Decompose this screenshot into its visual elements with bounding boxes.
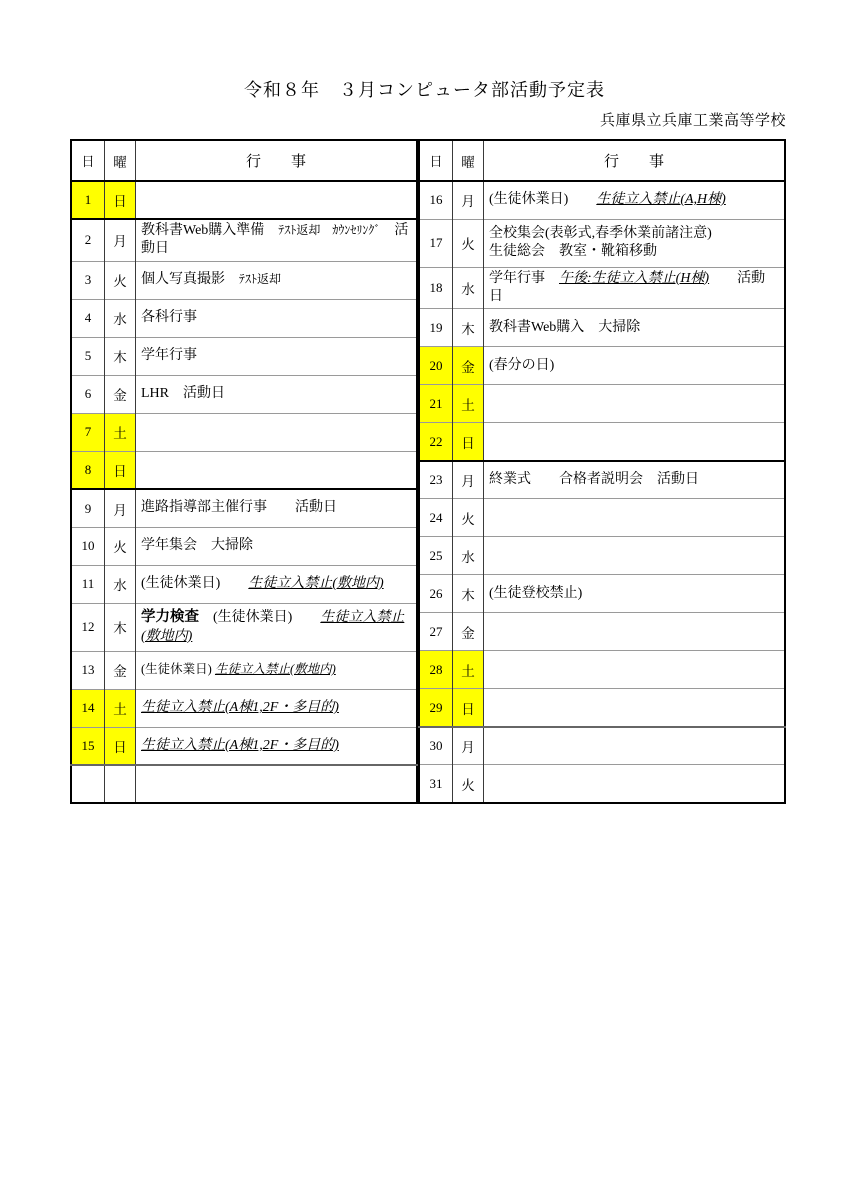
day-cell: 29 (419, 689, 453, 727)
day-cell: 25 (419, 537, 453, 575)
table-row: 23月終業式 合格者説明会 活動日 (419, 461, 785, 499)
table-row: 3火個人写真撮影 ﾃｽﾄ返却 (71, 261, 417, 299)
table-row: 11水(生徒休業日) 生徒立入禁止(敷地内) (71, 565, 417, 603)
event-text-segment: 生徒総会 教室・靴箱移動 (489, 244, 657, 259)
event-cell (484, 499, 786, 537)
event-cell: 学年行事 午後:生徒立入禁止(H棟) 活動日 (484, 267, 786, 309)
event-text-segment: (生徒登校禁止) (489, 586, 582, 601)
weekday-cell: 土 (453, 385, 484, 423)
weekday-cell: 月 (105, 219, 136, 261)
event-cell (484, 651, 786, 689)
day-cell: 31 (419, 765, 453, 803)
weekday-cell: 木 (105, 337, 136, 375)
weekday-cell: 金 (105, 375, 136, 413)
table-row: 10火学年集会 大掃除 (71, 527, 417, 565)
day-cell: 15 (71, 727, 105, 765)
day-cell: 17 (419, 219, 453, 267)
event-cell: 終業式 合格者説明会 活動日 (484, 461, 786, 499)
table-row: 7土 (71, 413, 417, 451)
table-row: 28土 (419, 651, 785, 689)
day-cell: 7 (71, 413, 105, 451)
day-cell: 26 (419, 575, 453, 613)
event-text-segment: (生徒休業日) (141, 662, 215, 676)
weekday-cell: 水 (105, 565, 136, 603)
day-cell: 9 (71, 489, 105, 527)
event-cell: 生徒立入禁止(A棟1,2F・多目的) (136, 689, 418, 727)
event-text-segment: (生徒休業日) (199, 610, 320, 625)
weekday-cell: 日 (105, 181, 136, 219)
table-row (71, 765, 417, 803)
table-row: 16月(生徒休業日) 生徒立入禁止(A,H棟) (419, 181, 785, 219)
schedule-body-first-half: 1日2月教科書Web購入準備 ﾃｽﾄ返却 ｶｳﾝｾﾘﾝｸﾞ 活動日3火個人写真撮… (71, 181, 417, 803)
day-cell: 30 (419, 727, 453, 765)
event-text-segment: 個人写真撮影 (141, 272, 239, 287)
event-cell (484, 385, 786, 423)
day-cell: 23 (419, 461, 453, 499)
weekday-cell: 土 (105, 413, 136, 451)
day-cell: 4 (71, 299, 105, 337)
day-cell: 10 (71, 527, 105, 565)
event-cell: 生徒立入禁止(A棟1,2F・多目的) (136, 727, 418, 765)
table-row: 13金(生徒休業日) 生徒立入禁止(敷地内) (71, 651, 417, 689)
day-cell: 27 (419, 613, 453, 651)
day-cell: 20 (419, 347, 453, 385)
table-row: 8日 (71, 451, 417, 489)
table-row: 26木(生徒登校禁止) (419, 575, 785, 613)
weekday-cell: 土 (453, 651, 484, 689)
event-cell: (生徒登校禁止) (484, 575, 786, 613)
table-row: 19木教科書Web購入 大掃除 (419, 309, 785, 347)
event-text-segment: 終業式 合格者説明会 活動日 (489, 472, 699, 487)
schedule-body-second-half: 16月(生徒休業日) 生徒立入禁止(A,H棟)17火全校集会(表彰式,春季休業前… (419, 181, 785, 803)
table-row: 22日 (419, 423, 785, 461)
header-row: 日 曜 行 事 (419, 140, 785, 181)
table-row: 6金LHR 活動日 (71, 375, 417, 413)
event-cell: (生徒休業日) 生徒立入禁止(敷地内) (136, 651, 418, 689)
day-cell: 12 (71, 603, 105, 651)
day-cell: 19 (419, 309, 453, 347)
event-text-segment: 生徒立入禁止(A棟1,2F・多目的) (141, 738, 339, 753)
weekday-cell: 火 (453, 499, 484, 537)
day-cell: 14 (71, 689, 105, 727)
event-text-segment: ﾃｽﾄ返却 (239, 272, 281, 286)
table-row: 25水 (419, 537, 785, 575)
event-cell: 個人写真撮影 ﾃｽﾄ返却 (136, 261, 418, 299)
header-weekday: 曜 (105, 140, 136, 181)
event-cell (484, 537, 786, 575)
event-text-segment: 各科行事 (141, 310, 197, 325)
table-row: 12木学力検査 (生徒休業日) 生徒立入禁止(敷地内) (71, 603, 417, 651)
weekday-cell: 木 (105, 603, 136, 651)
event-cell: 進路指導部主催行事 活動日 (136, 489, 418, 527)
event-text-segment: 全校集会(表彰式,春季休業前諸注意) (489, 226, 712, 241)
event-text-segment: 学年行事 (489, 271, 559, 286)
event-text-segment: LHR 活動日 (141, 386, 225, 401)
weekday-cell: 日 (105, 451, 136, 489)
event-cell: 各科行事 (136, 299, 418, 337)
weekday-cell (105, 765, 136, 803)
day-cell: 8 (71, 451, 105, 489)
weekday-cell: 月 (105, 489, 136, 527)
weekday-cell: 金 (105, 651, 136, 689)
table-row: 1日 (71, 181, 417, 219)
day-cell: 13 (71, 651, 105, 689)
event-cell: 学年集会 大掃除 (136, 527, 418, 565)
weekday-cell: 土 (105, 689, 136, 727)
event-text-segment: 進路指導部主催行事 活動日 (141, 500, 337, 515)
day-cell: 16 (419, 181, 453, 219)
weekday-cell: 日 (453, 423, 484, 461)
event-cell (136, 181, 418, 219)
event-cell (484, 765, 786, 803)
schedule-table-first-half: 日 曜 行 事 1日2月教科書Web購入準備 ﾃｽﾄ返却 ｶｳﾝｾﾘﾝｸﾞ 活動… (70, 139, 418, 804)
weekday-cell: 火 (105, 527, 136, 565)
weekday-cell: 金 (453, 613, 484, 651)
event-cell (484, 613, 786, 651)
event-text-segment: 生徒立入禁止(敷地内) (248, 576, 383, 591)
day-cell: 11 (71, 565, 105, 603)
event-cell (136, 765, 418, 803)
table-row: 24火 (419, 499, 785, 537)
day-cell: 2 (71, 219, 105, 261)
table-row: 18水学年行事 午後:生徒立入禁止(H棟) 活動日 (419, 267, 785, 309)
event-cell: 全校集会(表彰式,春季休業前諸注意)生徒総会 教室・靴箱移動 (484, 219, 786, 267)
schedule-tables: 日 曜 行 事 1日2月教科書Web購入準備 ﾃｽﾄ返却 ｶｳﾝｾﾘﾝｸﾞ 活動… (70, 139, 849, 804)
weekday-cell: 月 (453, 181, 484, 219)
event-cell: 学年行事 (136, 337, 418, 375)
event-cell: 学力検査 (生徒休業日) 生徒立入禁止(敷地内) (136, 603, 418, 651)
weekday-cell: 月 (453, 727, 484, 765)
table-row: 4水各科行事 (71, 299, 417, 337)
event-text-segment: 教科書Web購入 大掃除 (489, 320, 640, 335)
table-row: 9月進路指導部主催行事 活動日 (71, 489, 417, 527)
event-text-segment: 学年行事 (141, 348, 197, 363)
event-text-segment: 学年集会 大掃除 (141, 538, 253, 553)
event-cell: (生徒休業日) 生徒立入禁止(A,H棟) (484, 181, 786, 219)
table-row: 2月教科書Web購入準備 ﾃｽﾄ返却 ｶｳﾝｾﾘﾝｸﾞ 活動日 (71, 219, 417, 261)
event-cell (136, 451, 418, 489)
weekday-cell: 日 (105, 727, 136, 765)
event-text-segment: ﾃｽﾄ返却 ｶｳﾝｾﾘﾝｸﾞ (278, 223, 380, 237)
table-row: 17火全校集会(表彰式,春季休業前諸注意)生徒総会 教室・靴箱移動 (419, 219, 785, 267)
header-day: 日 (419, 140, 453, 181)
header-weekday: 曜 (453, 140, 484, 181)
weekday-cell: 火 (453, 219, 484, 267)
weekday-cell: 水 (105, 299, 136, 337)
event-text-segment: 生徒立入禁止(A棟1,2F・多目的) (141, 700, 339, 715)
table-row: 5木学年行事 (71, 337, 417, 375)
day-cell: 22 (419, 423, 453, 461)
day-cell (71, 765, 105, 803)
day-cell: 24 (419, 499, 453, 537)
day-cell: 18 (419, 267, 453, 309)
event-cell (136, 413, 418, 451)
day-cell: 21 (419, 385, 453, 423)
event-cell (484, 423, 786, 461)
weekday-cell: 金 (453, 347, 484, 385)
table-row: 20金(春分の日) (419, 347, 785, 385)
event-text-segment: (生徒休業日) (141, 576, 248, 591)
weekday-cell: 日 (453, 689, 484, 727)
day-cell: 28 (419, 651, 453, 689)
event-text-segment: 教科書Web購入準備 (141, 223, 278, 238)
event-cell: LHR 活動日 (136, 375, 418, 413)
header-row: 日 曜 行 事 (71, 140, 417, 181)
event-cell (484, 727, 786, 765)
event-text-segment: 生徒立入禁止(敷地内) (215, 662, 336, 676)
table-row: 27金 (419, 613, 785, 651)
day-cell: 3 (71, 261, 105, 299)
table-row: 30月 (419, 727, 785, 765)
event-cell (484, 689, 786, 727)
table-row: 14土生徒立入禁止(A棟1,2F・多目的) (71, 689, 417, 727)
page-title: 令和８年 ３月コンピュータ部活動予定表 (0, 0, 849, 102)
weekday-cell: 月 (453, 461, 484, 499)
school-name: 兵庫県立兵庫工業高等学校 (0, 109, 786, 130)
weekday-cell: 火 (105, 261, 136, 299)
weekday-cell: 水 (453, 537, 484, 575)
header-event: 行 事 (484, 140, 786, 181)
weekday-cell: 火 (453, 765, 484, 803)
day-cell: 5 (71, 337, 105, 375)
table-row: 29日 (419, 689, 785, 727)
table-row: 15日生徒立入禁止(A棟1,2F・多目的) (71, 727, 417, 765)
event-cell: (生徒休業日) 生徒立入禁止(敷地内) (136, 565, 418, 603)
day-cell: 6 (71, 375, 105, 413)
event-text-segment: 午後:生徒立入禁止(H棟) (559, 271, 709, 286)
event-text-segment: 学力検査 (141, 609, 199, 625)
event-cell: 教科書Web購入準備 ﾃｽﾄ返却 ｶｳﾝｾﾘﾝｸﾞ 活動日 (136, 219, 418, 261)
header-day: 日 (71, 140, 105, 181)
event-text-segment: 生徒立入禁止(A,H棟) (596, 192, 726, 207)
schedule-table-second-half: 日 曜 行 事 16月(生徒休業日) 生徒立入禁止(A,H棟)17火全校集会(表… (418, 139, 786, 804)
event-text-segment: (生徒休業日) (489, 192, 596, 207)
day-cell: 1 (71, 181, 105, 219)
weekday-cell: 木 (453, 575, 484, 613)
document-page: 令和８年 ３月コンピュータ部活動予定表 兵庫県立兵庫工業高等学校 日 曜 行 事… (0, 0, 849, 1200)
event-text-segment: (春分の日) (489, 358, 554, 373)
weekday-cell: 木 (453, 309, 484, 347)
header-event: 行 事 (136, 140, 418, 181)
event-cell: 教科書Web購入 大掃除 (484, 309, 786, 347)
weekday-cell: 水 (453, 267, 484, 309)
event-cell: (春分の日) (484, 347, 786, 385)
table-row: 21土 (419, 385, 785, 423)
table-row: 31火 (419, 765, 785, 803)
